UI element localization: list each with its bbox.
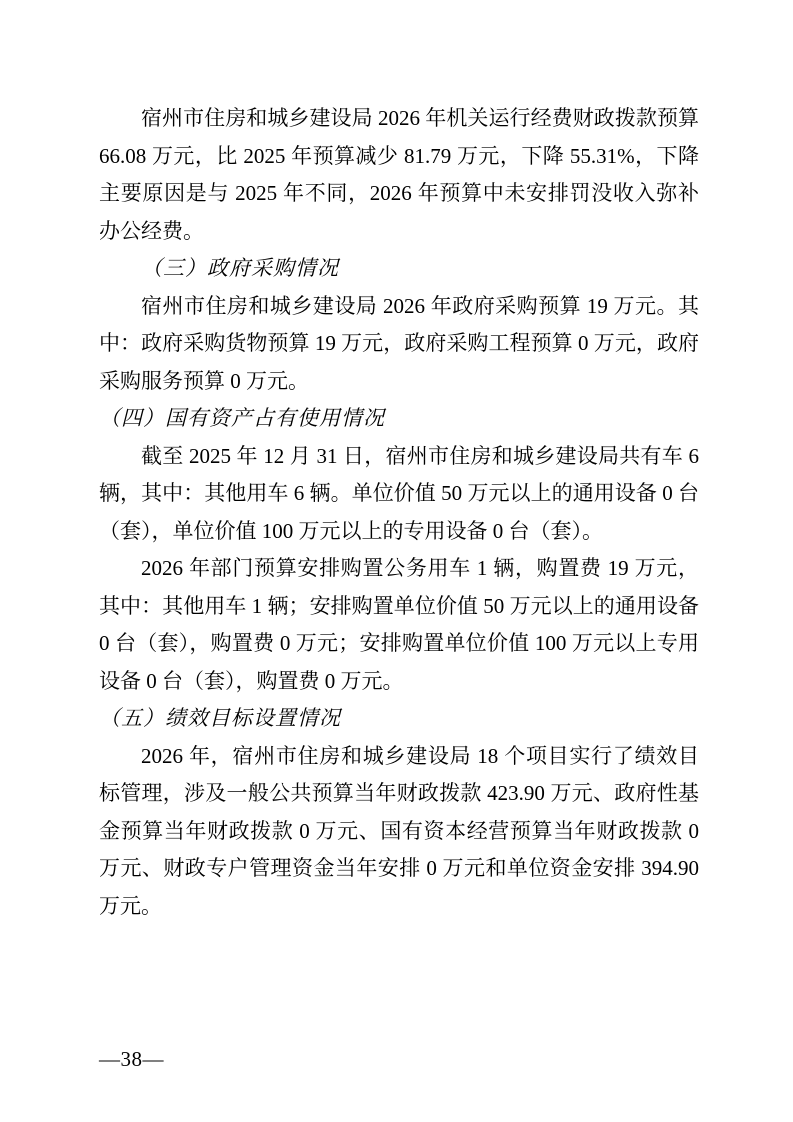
document-page: 宿州市住房和城乡建设局 2026 年机关运行经费财政拨款预算 66.08 万元，…	[0, 0, 793, 1122]
document-body: 宿州市住房和城乡建设局 2026 年机关运行经费财政拨款预算 66.08 万元，…	[99, 100, 699, 925]
paragraph-assets-vehicles: 截至 2025 年 12 月 31 日，宿州市住房和城乡建设局共有车 6 辆，其…	[99, 438, 699, 551]
section-heading-government-procurement: （三）政府采购情况	[99, 250, 699, 288]
paragraph-performance-management: 2026 年，宿州市住房和城乡建设局 18 个项目实行了绩效目标管理，涉及一般公…	[99, 738, 699, 926]
section-heading-performance-targets: （五）绩效目标设置情况	[99, 700, 699, 738]
paragraph-operating-funds: 宿州市住房和城乡建设局 2026 年机关运行经费财政拨款预算 66.08 万元，…	[99, 100, 699, 250]
page-number: —38—	[99, 1046, 164, 1072]
section-heading-state-assets: （四）国有资产占有使用情况	[99, 400, 699, 438]
paragraph-vehicle-purchase-plan: 2026 年部门预算安排购置公务用车 1 辆，购置费 19 万元，其中：其他用车…	[99, 550, 699, 700]
paragraph-procurement-budget: 宿州市住房和城乡建设局 2026 年政府采购预算 19 万元。其中：政府采购货物…	[99, 288, 699, 401]
